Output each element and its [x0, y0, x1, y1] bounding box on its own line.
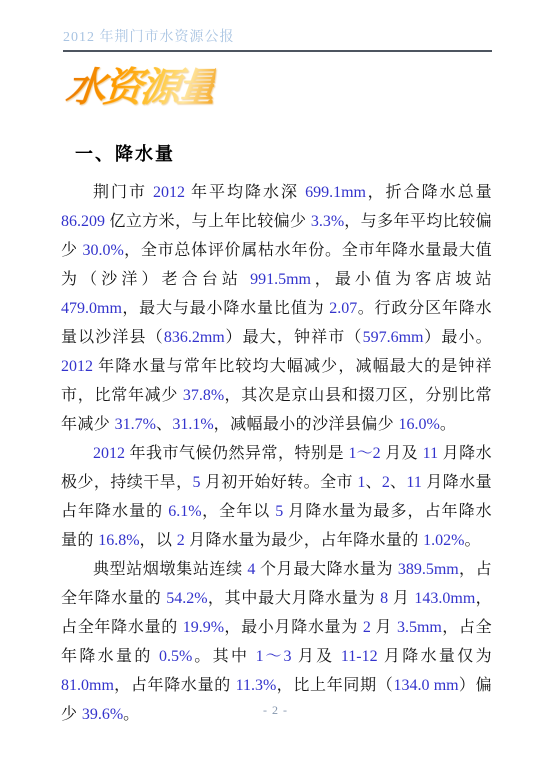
- number-segment: 1～3: [256, 648, 292, 665]
- text-segment: 个月最大降水量为: [255, 561, 397, 578]
- paragraph: 荆门市 2012 年平均降水深 699.1mm，折合降水总量 86.209 亿立…: [61, 178, 492, 439]
- page-number: - 2 -: [0, 703, 551, 718]
- number-segment: 30.0%: [82, 242, 123, 259]
- number-segment: 2012: [61, 358, 93, 375]
- number-segment: 19.9%: [183, 619, 224, 636]
- number-segment: 479.0mm: [61, 300, 122, 317]
- number-segment: 2012: [153, 184, 185, 201]
- text-segment: 月: [388, 590, 414, 607]
- text-segment: 、: [390, 474, 407, 491]
- text-segment: ，减幅最小的沙洋县偏少: [214, 416, 399, 433]
- text-segment: 。其中: [192, 648, 255, 665]
- number-segment: 699.1mm: [305, 184, 366, 201]
- number-segment: 5: [193, 474, 201, 491]
- text-segment: 月: [371, 619, 397, 636]
- number-segment: 134.0 mm: [393, 677, 458, 694]
- text-segment: ，全年以: [202, 503, 276, 520]
- text-segment: ，比上年同期（: [276, 677, 393, 694]
- document-page: 2012 年荆门市水资源公报 水资源量 一、降水量 荆门市 2012 年平均降水…: [0, 0, 551, 779]
- number-segment: 11: [423, 445, 438, 462]
- text-segment: 荆门市: [93, 184, 153, 201]
- text-segment: ）最小。: [423, 329, 492, 346]
- page-header: 2012 年荆门市水资源公报: [63, 30, 492, 52]
- number-segment: 11.3%: [236, 677, 277, 694]
- number-segment: 54.2%: [166, 590, 207, 607]
- header-title: 2012 年荆门市水资源公报: [63, 30, 492, 46]
- text-segment: ，最小月降水量为: [224, 619, 363, 636]
- text-segment: ，最小值为客店坡站: [311, 271, 492, 288]
- number-segment: 81.0mm: [61, 677, 114, 694]
- number-segment: 597.6mm: [363, 329, 424, 346]
- text-segment: 典型站烟墩集站连续: [93, 561, 247, 578]
- number-segment: 11: [406, 474, 421, 491]
- number-segment: 16.8%: [98, 532, 139, 549]
- number-segment: 86.209: [61, 213, 105, 230]
- number-segment: 8: [380, 590, 388, 607]
- number-segment: 11-12: [341, 648, 378, 665]
- number-segment: 2: [363, 619, 371, 636]
- text-segment: ，折合降水总量: [366, 184, 492, 201]
- number-segment: 2012: [93, 445, 125, 462]
- number-segment: 31.7%: [115, 416, 156, 433]
- text-segment: ）最大，钟祥市（: [225, 329, 363, 346]
- number-segment: 143.0mm: [414, 590, 475, 607]
- section-heading: 一、降水量: [75, 140, 175, 166]
- text-segment: 。: [440, 416, 456, 433]
- text-segment: ，其中最大月降水量为: [208, 590, 381, 607]
- wordart-logo: 水资源量: [63, 62, 216, 114]
- body-paragraphs: 荆门市 2012 年平均降水深 699.1mm，折合降水总量 86.209 亿立…: [61, 178, 492, 729]
- text-segment: 、: [156, 416, 172, 433]
- text-segment: ，最大与最小降水量比值为: [122, 300, 329, 317]
- number-segment: 3.3%: [311, 213, 344, 230]
- text-segment: 月降水量仅为: [378, 648, 492, 665]
- text-segment: 、: [365, 474, 382, 491]
- number-segment: 991.5mm: [250, 271, 311, 288]
- number-segment: 16.0%: [398, 416, 439, 433]
- number-segment: 6.1%: [168, 503, 201, 520]
- paragraph: 2012 年我市气候仍然异常，特别是 1～2 月及 11 月降水极少，持续干旱，…: [61, 439, 492, 555]
- number-segment: 31.1%: [172, 416, 213, 433]
- text-segment: 月初开始好转。全市: [201, 474, 358, 491]
- number-segment: 1.02%: [423, 532, 464, 549]
- number-segment: 1～2: [348, 445, 380, 462]
- number-segment: 836.2mm: [164, 329, 225, 346]
- number-segment: 2: [177, 532, 185, 549]
- text-segment: 月及: [381, 445, 423, 462]
- text-segment: 年我市气候仍然异常，特别是: [125, 445, 348, 462]
- text-segment: 月降水量为最少，占年降水量的: [185, 532, 423, 549]
- number-segment: 37.8%: [183, 387, 224, 404]
- text-segment: ，以: [140, 532, 177, 549]
- text-segment: 年平均降水深: [185, 184, 305, 201]
- number-segment: 2: [382, 474, 390, 491]
- text-segment: 。: [464, 532, 480, 549]
- text-segment: 月及: [292, 648, 341, 665]
- number-segment: 389.5mm: [398, 561, 459, 578]
- number-segment: 0.5%: [159, 648, 192, 665]
- number-segment: 2.07: [329, 300, 357, 317]
- header-rule: [63, 50, 492, 52]
- number-segment: 3.5mm: [397, 619, 442, 636]
- text-segment: 亿立方米，与上年比较偏少: [105, 213, 311, 230]
- text-segment: ，占年降水量的: [114, 677, 236, 694]
